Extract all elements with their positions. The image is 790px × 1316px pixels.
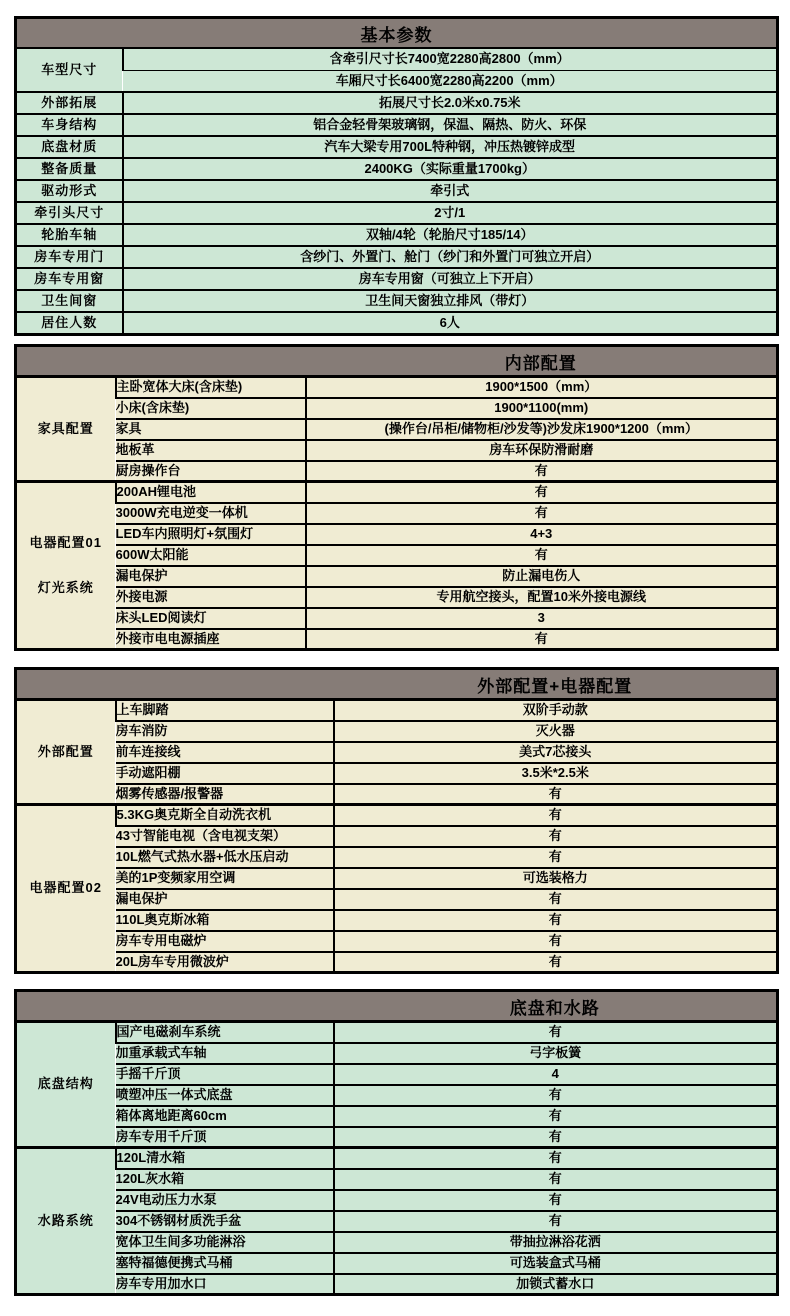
group-label-cell: 驱动形式 <box>16 180 123 202</box>
table-row: 前车连接线美式7芯接头 <box>16 742 778 763</box>
item-label-cell: 家具 <box>116 419 306 440</box>
item-label-cell: 塞特福德便携式马桶 <box>116 1253 334 1274</box>
item-label-cell: 上车脚踏 <box>116 700 334 721</box>
table-row: 手摇千斤顶4 <box>16 1064 778 1085</box>
group-label-cell: 轮胎车轴 <box>16 224 123 246</box>
value-cell: 6人 <box>123 312 778 334</box>
item-label-cell: 厨房操作台 <box>116 461 306 482</box>
table-title-bar-spacer <box>116 346 306 377</box>
value-cell: 带抽拉淋浴花洒 <box>334 1232 778 1253</box>
table-row: 整备质量2400KG（实际重量1700kg） <box>16 158 778 180</box>
table-row: 箱体离地距离60cm有 <box>16 1106 778 1127</box>
table-row: 外部拓展拓展尺寸长2.0米x0.75米 <box>16 92 778 114</box>
group-label-line: 灯光系统 <box>17 581 115 595</box>
item-label-cell: 手摇千斤顶 <box>116 1064 334 1085</box>
table-title: 基本参数 <box>16 18 778 49</box>
table-row: 电器配置01灯光系统200AH锂电池有 <box>16 482 778 503</box>
value-cell: 含纱门、外置门、舱门（纱门和外置门可独立开启） <box>123 246 778 268</box>
item-label-cell: 地板革 <box>116 440 306 461</box>
value-cell: 弓字板簧 <box>334 1043 778 1064</box>
group-label-cell: 牵引头尺寸 <box>16 202 123 224</box>
value-cell: 有 <box>334 1211 778 1232</box>
table-row: 床头LED阅读灯3 <box>16 608 778 629</box>
value-cell: 加锁式蓄水口 <box>334 1274 778 1295</box>
value-cell: 1900*1100(mm) <box>306 398 778 419</box>
table-row: 厨房操作台有 <box>16 461 778 482</box>
table-row: 120L灰水箱有 <box>16 1169 778 1190</box>
table-row: 110L奥克斯冰箱有 <box>16 910 778 931</box>
value-cell: 4 <box>334 1064 778 1085</box>
group-label-cell: 卫生间窗 <box>16 290 123 312</box>
spec-table-basic-params: 基本参数车型尺寸含牵引尺寸长7400宽2280高2800（mm）车厢尺寸长640… <box>14 16 779 336</box>
value-cell: 有 <box>306 629 778 650</box>
value-cell: 双阶手动款 <box>334 700 778 721</box>
table-row: 600W太阳能有 <box>16 545 778 566</box>
value-cell: 双轴/4轮（轮胎尺寸185/14） <box>123 224 778 246</box>
table-row: 底盘结构国产电磁刹车系统有 <box>16 1022 778 1043</box>
table-row: 3000W充电逆变一体机有 <box>16 503 778 524</box>
item-label-cell: 箱体离地距离60cm <box>116 1106 334 1127</box>
item-label-cell: 5.3KG奥克斯全自动洗衣机 <box>116 805 334 826</box>
value-cell: 有 <box>334 805 778 826</box>
table-row: 水路系统120L清水箱有 <box>16 1148 778 1169</box>
value-cell: 防止漏电伤人 <box>306 566 778 587</box>
table-row: 车厢尺寸长6400宽2280高2200（mm） <box>16 70 778 92</box>
group-label-cell: 外部拓展 <box>16 92 123 114</box>
item-label-cell: 手动遮阳棚 <box>116 763 334 784</box>
item-label-cell: 200AH锂电池 <box>116 482 306 503</box>
item-label-cell: 304不锈钢材质洗手盆 <box>116 1211 334 1232</box>
item-label-cell: 漏电保护 <box>116 889 334 910</box>
table-row: 外部配置上车脚踏双阶手动款 <box>16 700 778 721</box>
table-title-bar: 底盘和水路 <box>16 991 778 1022</box>
value-cell: 有 <box>334 847 778 868</box>
item-label-cell: 120L灰水箱 <box>116 1169 334 1190</box>
item-label-cell: LED车内照明灯+氛围灯 <box>116 524 306 545</box>
table-row: 驱动形式牵引式 <box>16 180 778 202</box>
table-title-bar: 基本参数 <box>16 18 778 49</box>
spec-table-exterior-electric-config: 外部配置+电器配置外部配置上车脚踏双阶手动款房车消防灭火器前车连接线美式7芯接头… <box>14 667 779 974</box>
table-row: 塞特福德便携式马桶可选装盒式马桶 <box>16 1253 778 1274</box>
group-label-cell: 水路系统 <box>16 1148 116 1295</box>
table-title-bar: 内部配置 <box>16 346 778 377</box>
value-cell: 专用航空接头，配置10米外接电源线 <box>306 587 778 608</box>
table-title-bar-spacer <box>116 669 334 700</box>
value-cell: 2400KG（实际重量1700kg） <box>123 158 778 180</box>
item-label-cell: 喷塑冲压一体式底盘 <box>116 1085 334 1106</box>
item-label-cell: 主卧宽体大床(含床垫) <box>116 377 306 398</box>
value-cell: 4+3 <box>306 524 778 545</box>
item-label-cell: 24V电动压力水泵 <box>116 1190 334 1211</box>
value-cell: 有 <box>334 910 778 931</box>
table-row: 漏电保护防止漏电伤人 <box>16 566 778 587</box>
item-label-cell: 加重承载式车轴 <box>116 1043 334 1064</box>
group-label-cell: 电器配置02 <box>16 805 116 973</box>
table-row: 电器配置025.3KG奥克斯全自动洗衣机有 <box>16 805 778 826</box>
value-cell: 车厢尺寸长6400宽2280高2200（mm） <box>123 70 778 92</box>
item-label-cell: 漏电保护 <box>116 566 306 587</box>
spec-table-chassis-water: 底盘和水路底盘结构国产电磁刹车系统有加重承载式车轴弓字板簧手摇千斤顶4喷塑冲压一… <box>14 989 779 1296</box>
item-label-cell: 房车专用加水口 <box>116 1274 334 1295</box>
value-cell: 可选装格力 <box>334 868 778 889</box>
table-row: 牵引头尺寸2寸/1 <box>16 202 778 224</box>
table-row: 宽体卫生间多功能淋浴带抽拉淋浴花洒 <box>16 1232 778 1253</box>
table-row: 房车专用门含纱门、外置门、舱门（纱门和外置门可独立开启） <box>16 246 778 268</box>
value-cell: 房车专用窗（可独立上下开启） <box>123 268 778 290</box>
item-label-cell: 宽体卫生间多功能淋浴 <box>116 1232 334 1253</box>
value-cell: 3.5米*2.5米 <box>334 763 778 784</box>
table-row: 加重承载式车轴弓字板簧 <box>16 1043 778 1064</box>
group-label-line: 电器配置01 <box>17 536 115 550</box>
table-row: 喷塑冲压一体式底盘有 <box>16 1085 778 1106</box>
table-title-bar: 外部配置+电器配置 <box>16 669 778 700</box>
table-row: 家具(操作台/吊柜/储物柜/沙发等)沙发床1900*1200（mm） <box>16 419 778 440</box>
table-row: 卫生间窗卫生间天窗独立排风（带灯） <box>16 290 778 312</box>
value-cell: 美式7芯接头 <box>334 742 778 763</box>
value-cell: 有 <box>306 461 778 482</box>
item-label-cell: 房车专用电磁炉 <box>116 931 334 952</box>
value-cell: 有 <box>334 1190 778 1211</box>
value-cell: 有 <box>334 1106 778 1127</box>
value-cell: 有 <box>334 1148 778 1169</box>
group-label-cell: 房车专用门 <box>16 246 123 268</box>
table-title: 内部配置 <box>306 346 778 377</box>
table-row: 房车专用加水口加锁式蓄水口 <box>16 1274 778 1295</box>
value-cell: 有 <box>334 1127 778 1148</box>
value-cell: 有 <box>334 1022 778 1043</box>
item-label-cell: 110L奥克斯冰箱 <box>116 910 334 931</box>
table-row: 家具配置主卧宽体大床(含床垫)1900*1500（mm） <box>16 377 778 398</box>
value-cell: 2寸/1 <box>123 202 778 224</box>
group-label-cell: 家具配置 <box>16 377 116 482</box>
table-title-bar-spacer <box>116 991 334 1022</box>
group-label-cell: 居住人数 <box>16 312 123 334</box>
group-label-cell: 整备质量 <box>16 158 123 180</box>
table-row: 烟雾传感器/报警器有 <box>16 784 778 805</box>
group-label-cell: 外部配置 <box>16 700 116 805</box>
table-row: 车身结构铝合金轻骨架玻璃钢，保温、隔热、防火、环保 <box>16 114 778 136</box>
table-row: 房车专用千斤顶有 <box>16 1127 778 1148</box>
value-cell: 有 <box>334 1085 778 1106</box>
item-label-cell: 120L清水箱 <box>116 1148 334 1169</box>
item-label-cell: 10L燃气式热水器+低水压启动 <box>116 847 334 868</box>
group-label-cell: 底盘材质 <box>16 136 123 158</box>
value-cell: (操作台/吊柜/储物柜/沙发等)沙发床1900*1200（mm） <box>306 419 778 440</box>
table-title-bar-spacer <box>16 669 116 700</box>
value-cell: 卫生间天窗独立排风（带灯） <box>123 290 778 312</box>
table-title: 底盘和水路 <box>334 991 778 1022</box>
item-label-cell: 烟雾传感器/报警器 <box>116 784 334 805</box>
value-cell: 可选装盒式马桶 <box>334 1253 778 1274</box>
table-row: 居住人数6人 <box>16 312 778 334</box>
table-row: 外接市电电源插座有 <box>16 629 778 650</box>
item-label-cell: 3000W充电逆变一体机 <box>116 503 306 524</box>
value-cell: 3 <box>306 608 778 629</box>
group-label-cell: 底盘结构 <box>16 1022 116 1148</box>
table-row: 美的1P变频家用空调可选装格力 <box>16 868 778 889</box>
item-label-cell: 600W太阳能 <box>116 545 306 566</box>
table-row: 20L房车专用微波炉有 <box>16 952 778 973</box>
table-row: 地板革房车环保防滑耐磨 <box>16 440 778 461</box>
table-title: 外部配置+电器配置 <box>334 669 778 700</box>
item-label-cell: 美的1P变频家用空调 <box>116 868 334 889</box>
value-cell: 有 <box>334 952 778 973</box>
spec-table-interior-config: 内部配置家具配置主卧宽体大床(含床垫)1900*1500（mm）小床(含床垫)1… <box>14 344 779 651</box>
value-cell: 拓展尺寸长2.0米x0.75米 <box>123 92 778 114</box>
value-cell: 灭火器 <box>334 721 778 742</box>
table-row: 外接电源专用航空接头，配置10米外接电源线 <box>16 587 778 608</box>
item-label-cell: 床头LED阅读灯 <box>116 608 306 629</box>
value-cell: 汽车大梁专用700L特种钢，冲压热镀锌成型 <box>123 136 778 158</box>
item-label-cell: 小床(含床垫) <box>116 398 306 419</box>
table-row: 漏电保护有 <box>16 889 778 910</box>
value-cell: 有 <box>306 503 778 524</box>
table-row: 底盘材质汽车大梁专用700L特种钢，冲压热镀锌成型 <box>16 136 778 158</box>
table-row: 房车消防灭火器 <box>16 721 778 742</box>
value-cell: 有 <box>334 931 778 952</box>
value-cell: 房车环保防滑耐磨 <box>306 440 778 461</box>
group-label-cell: 车型尺寸 <box>16 48 123 92</box>
value-cell: 牵引式 <box>123 180 778 202</box>
value-cell: 1900*1500（mm） <box>306 377 778 398</box>
item-label-cell: 国产电磁刹车系统 <box>116 1022 334 1043</box>
group-label-cell: 电器配置01灯光系统 <box>16 482 116 650</box>
item-label-cell: 43寸智能电视（含电视支架） <box>116 826 334 847</box>
table-row: 车型尺寸含牵引尺寸长7400宽2280高2800（mm） <box>16 48 778 70</box>
value-cell: 有 <box>334 784 778 805</box>
item-label-cell: 外接电源 <box>116 587 306 608</box>
table-row: LED车内照明灯+氛围灯4+3 <box>16 524 778 545</box>
table-title-bar-spacer <box>16 991 116 1022</box>
item-label-cell: 外接市电电源插座 <box>116 629 306 650</box>
table-row: 43寸智能电视（含电视支架）有 <box>16 826 778 847</box>
table-row: 手动遮阳棚3.5米*2.5米 <box>16 763 778 784</box>
item-label-cell: 20L房车专用微波炉 <box>116 952 334 973</box>
group-label-cell: 房车专用窗 <box>16 268 123 290</box>
table-row: 24V电动压力水泵有 <box>16 1190 778 1211</box>
table-title-bar-spacer <box>16 346 116 377</box>
value-cell: 有 <box>334 1169 778 1190</box>
table-row: 10L燃气式热水器+低水压启动有 <box>16 847 778 868</box>
item-label-cell: 房车消防 <box>116 721 334 742</box>
value-cell: 有 <box>306 482 778 503</box>
table-row: 房车专用电磁炉有 <box>16 931 778 952</box>
table-row: 304不锈钢材质洗手盆有 <box>16 1211 778 1232</box>
group-label-cell: 车身结构 <box>16 114 123 136</box>
table-row: 轮胎车轴双轴/4轮（轮胎尺寸185/14） <box>16 224 778 246</box>
table-row: 小床(含床垫)1900*1100(mm) <box>16 398 778 419</box>
value-cell: 铝合金轻骨架玻璃钢，保温、隔热、防火、环保 <box>123 114 778 136</box>
value-cell: 有 <box>334 889 778 910</box>
table-row: 房车专用窗房车专用窗（可独立上下开启） <box>16 268 778 290</box>
value-cell: 有 <box>306 545 778 566</box>
value-cell: 含牵引尺寸长7400宽2280高2800（mm） <box>123 48 778 70</box>
value-cell: 有 <box>334 826 778 847</box>
item-label-cell: 房车专用千斤顶 <box>116 1127 334 1148</box>
item-label-cell: 前车连接线 <box>116 742 334 763</box>
